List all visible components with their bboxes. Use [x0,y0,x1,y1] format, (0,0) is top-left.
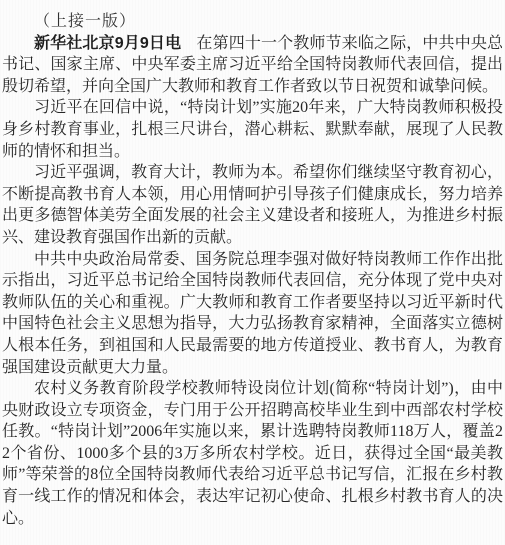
paragraph-xi-reply: 习近平在回信中说，“特岗计划”实施20年来，广大特岗教师积极投身乡村教育事业，扎… [2,97,503,162]
paragraph-program-background: 农村义务教育阶段学校教师特设岗位计划(简称“特岗计划”)，由中央财政设立专项资金… [2,378,503,529]
paragraph-dateline: 新华社北京9月9日电在第四十一个教师节来临之际，中共中央总书记、国家主席、中央军… [2,33,503,98]
paragraph-xi-emphasis: 习近平强调，教育大计，教师为本。希望你们继续坚守教育初心，不断提高教书育人本领，… [2,162,503,248]
dateline-lead: 新华社北京9月9日电 [34,35,181,52]
newspaper-article-page: （上接一版） 新华社北京9月9日电在第四十一个教师节来临之际，中共中央总书记、国… [0,0,505,545]
paragraph-li-qiang-instruction: 中共中央政治局常委、国务院总理李强对做好特岗教师工作作出批示指出，习近平总书记给… [2,249,503,379]
continuation-note: （上接一版） [2,11,503,33]
